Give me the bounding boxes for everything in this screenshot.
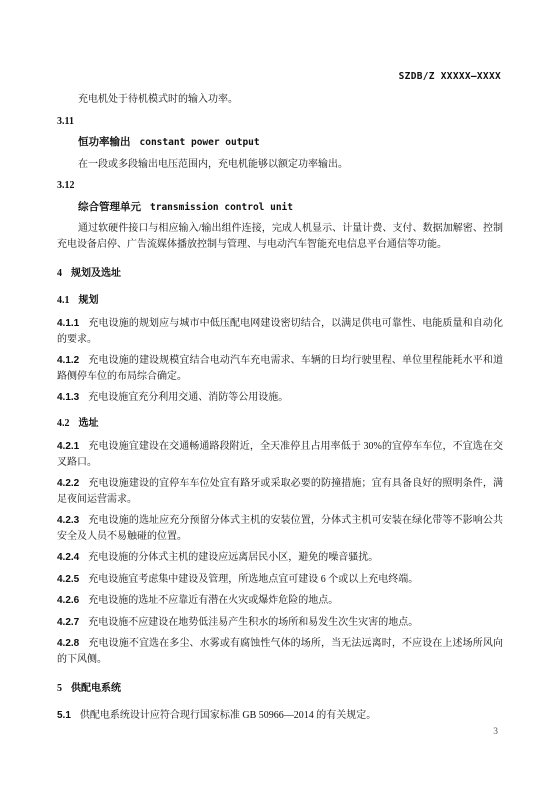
clause-4-2-7: 4.2.7充电设施不应建设在地势低洼易产生积水的场所和易发生次生灾害的地点。 [57, 615, 503, 631]
chapter-title: 规划及选址 [71, 268, 121, 279]
term-number-311: 3.11 [57, 114, 503, 130]
term-definition-311: 在一段或多段输出电压范围内，充电机能够以额定功率输出。 [57, 157, 503, 173]
clause-4-2-6: 4.2.6充电设施的选址不应靠近有潜在火灾或爆炸危险的地点。 [57, 593, 503, 609]
clause-text: 充电设施的建设规模宜结合电动汽车充电需求、车辆的日均行驶里程、单位里程能耗水平和… [57, 355, 503, 382]
section-heading-4-1: 4.1规划 [57, 293, 503, 309]
clause-text: 充电设施宜建设在交通畅通路段附近，全天准停且占用率低于 30%的宜停车车位，不宜… [57, 441, 503, 468]
definition-text-standby: 充电机处于待机模式时的输入功率。 [57, 92, 503, 108]
clause-text: 充电设施的选址不应靠近有潜在火灾或爆炸危险的地点。 [88, 595, 338, 606]
chapter-title: 供配电系统 [71, 683, 121, 694]
clause-number: 4.2.4 [57, 552, 79, 563]
term-number-312: 3.12 [57, 178, 503, 194]
clause-text: 充电设施建设的宜停车车位处宜有路牙或采取必要的防撞措施；宜有具备良好的照明条件，… [57, 478, 503, 505]
section-title: 选址 [79, 418, 99, 429]
clause-4-1-2: 4.1.2充电设施的建设规模宜结合电动汽车充电需求、车辆的日均行驶里程、单位里程… [57, 353, 503, 384]
document-page: SZDB/Z XXXXX—XXXX 充电机处于待机模式时的输入功率。 3.11 … [0, 0, 560, 792]
clause-number: 4.2.7 [57, 617, 79, 628]
term-title-zh: 综合管理单元 [78, 201, 141, 213]
clause-text: 充电设施不宜选在多尘、水雾或有腐蚀性气体的场所，当无法远离时，不应设在上述场所风… [57, 638, 503, 665]
clause-4-2-8: 4.2.8充电设施不宜选在多尘、水雾或有腐蚀性气体的场所，当无法远离时，不应设在… [57, 636, 503, 667]
clause-number: 4.2.2 [57, 478, 79, 489]
clause-number: 4.2.3 [57, 515, 79, 526]
clause-number: 4.2.8 [57, 638, 79, 649]
chapter-number: 5 [57, 683, 62, 694]
clause-text: 充电设施宜考虑集中建设及管理，所选地点宜可建设 6 个或以上充电终端。 [88, 574, 418, 585]
clause-4-2-5: 4.2.5充电设施宜考虑集中建设及管理，所选地点宜可建设 6 个或以上充电终端。 [57, 572, 503, 588]
clause-4-2-4: 4.2.4充电设施的分体式主机的建设应远离居民小区，避免的噪音骚扰。 [57, 550, 503, 566]
clause-text: 供配电系统设计应符合现行国家标准 GB 50966—2014 的有关规定。 [80, 710, 376, 721]
clause-text: 充电设施的分体式主机的建设应远离居民小区，避免的噪音骚扰。 [88, 552, 378, 563]
clause-text: 充电设施的选址应充分预留分体式主机的安装位置，分体式主机可安装在绿化带等不影响公… [57, 515, 503, 542]
term-heading-312: 综合管理单元transmission control unit [57, 200, 503, 216]
clause-text: 充电设施不应建设在地势低洼易产生积水的场所和易发生次生灾害的地点。 [88, 617, 418, 628]
term-title-zh: 恒功率输出 [78, 136, 131, 148]
page-content: 充电机处于待机模式时的输入功率。 3.11 恒功率输出constant powe… [57, 92, 503, 729]
clause-number: 5.1 [57, 710, 71, 721]
section-number: 4.2 [57, 418, 70, 429]
clause-number: 4.2.1 [57, 441, 79, 452]
section-number: 4.1 [57, 295, 70, 306]
clause-text: 充电设施宜充分利用交通、消防等公用设施。 [88, 392, 288, 403]
term-title-en: constant power output [140, 137, 260, 148]
clause-4-2-2: 4.2.2充电设施建设的宜停车车位处宜有路牙或采取必要的防撞措施；宜有具备良好的… [57, 476, 503, 507]
clause-number: 4.1.3 [57, 392, 79, 403]
page-number: 3 [493, 727, 498, 737]
chapter-number: 4 [57, 268, 62, 279]
clause-number: 4.2.5 [57, 574, 79, 585]
section-title: 规划 [79, 295, 99, 306]
term-title-en: transmission control unit [150, 202, 293, 213]
term-definition-312: 通过软硬件接口与相应输入/输出组件连接，完成人机显示、计量计费、支付、数据加解密… [57, 221, 503, 252]
clause-number: 4.1.2 [57, 355, 79, 366]
chapter-heading-5: 5供配电系统 [57, 681, 503, 697]
clause-text: 充电设施的规划应与城市中低压配电网建设密切结合，以满足供电可靠性、电能质量和自动… [57, 318, 503, 345]
section-heading-4-2: 4.2选址 [57, 416, 503, 432]
clause-number: 4.2.6 [57, 595, 79, 606]
term-heading-311: 恒功率输出constant power output [57, 135, 503, 151]
chapter-heading-4: 4规划及选址 [57, 266, 503, 282]
clause-4-2-1: 4.2.1充电设施宜建设在交通畅通路段附近，全天准停且占用率低于 30%的宜停车… [57, 439, 503, 470]
clause-number: 4.1.1 [57, 318, 79, 329]
clause-4-1-3: 4.1.3充电设施宜充分利用交通、消防等公用设施。 [57, 390, 503, 406]
clause-4-1-1: 4.1.1充电设施的规划应与城市中低压配电网建设密切结合，以满足供电可靠性、电能… [57, 316, 503, 347]
clause-5-1: 5.1供配电系统设计应符合现行国家标准 GB 50966—2014 的有关规定。 [57, 708, 503, 724]
clause-4-2-3: 4.2.3充电设施的选址应充分预留分体式主机的安装位置，分体式主机可安装在绿化带… [57, 513, 503, 544]
standard-code-header: SZDB/Z XXXXX—XXXX [399, 71, 501, 82]
